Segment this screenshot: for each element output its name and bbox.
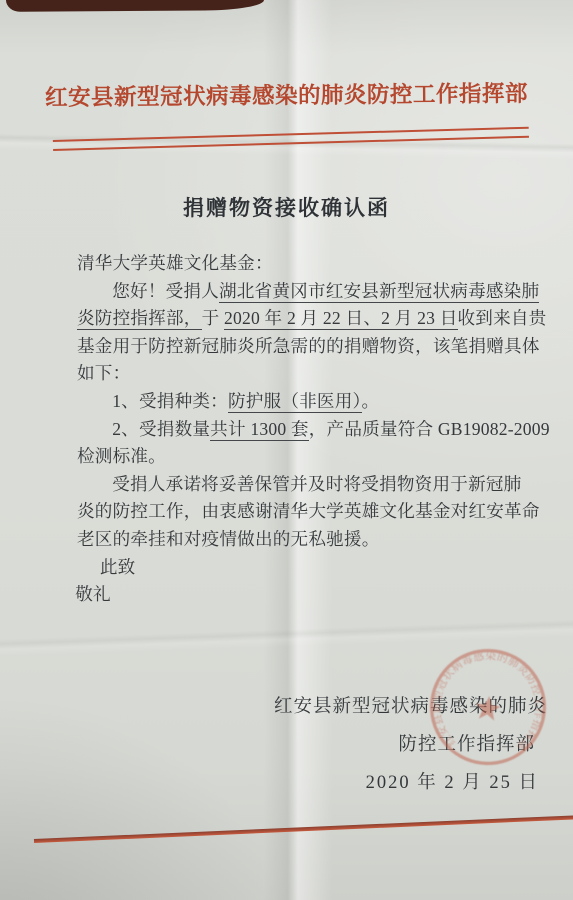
body-text: ，产品质量符合 GB19082-2009 <box>309 419 550 439</box>
document-photo: 红安县新型冠状病毒感染的肺炎防控工作指挥部 捐赠物资接收确认函 清华大学英雄文化… <box>0 0 573 900</box>
body-line: 检测标准。 <box>77 443 529 471</box>
footer-rule <box>34 815 573 843</box>
body-line: 此致 <box>100 554 529 582</box>
body-text: 检测标准。 <box>77 446 166 466</box>
letter-body-lines: 您好！受捐人湖北省黄冈市红安县新型冠状病毒感染肺炎防控指挥部，于 2020 年 … <box>77 278 529 609</box>
body-text: 您好！受捐人 <box>112 281 219 301</box>
seal-star <box>474 694 502 721</box>
page-title: 捐赠物资接收确认函 <box>0 192 573 222</box>
letterhead-org-title: 红安县新型冠状病毒感染的肺炎防控工作指挥部 <box>0 76 573 113</box>
body-text: 于 <box>202 308 224 328</box>
body-text: 。 <box>362 391 380 411</box>
body-text: 收到来自贵 <box>458 308 547 328</box>
body-text: 基金用于防控新冠肺炎所急需的的捐赠物资，该笔捐赠具体 <box>77 336 540 356</box>
letterhead-rule <box>53 127 529 151</box>
body-text: 2、受捐数量 <box>112 419 210 439</box>
body-line: 2、受捐数量共计 1300 套，产品质量符合 GB19082-2009 <box>112 416 529 444</box>
body-line: 您好！受捐人湖北省黄冈市红安县新型冠状病毒感染肺 <box>112 278 529 306</box>
body-text: 敬礼 <box>75 584 111 604</box>
underlined-text: 湖北省黄冈市红安县新型冠状病毒感染肺 <box>219 281 539 303</box>
body-text: 1、受捐种类： <box>112 391 228 411</box>
body-line: 如下： <box>77 360 529 388</box>
body-line: 炎的防控工作，由衷感谢清华大学英雄文化基金对红安革命 <box>77 498 529 526</box>
body-line: 炎防控指挥部，于 2020 年 2 月 22 日、2 月 23 日收到来自贵 <box>77 305 529 333</box>
underlined-text: 炎防控指挥部， <box>77 308 202 330</box>
photo-background-edge <box>6 0 264 12</box>
underlined-text: 共计 1300 套 <box>210 419 309 441</box>
body-line: 敬礼 <box>75 581 529 609</box>
body-line: 老区的牵挂和对疫情做出的无私驰援。 <box>77 526 529 554</box>
body-text: 炎的防控工作，由衷感谢清华大学英雄文化基金对红安革命 <box>77 501 540 521</box>
body-text: 如下： <box>77 363 130 383</box>
official-seal: 红安县新型冠状病毒感染的肺炎防控工作指挥部 <box>418 637 558 777</box>
body-line: 1、受捐种类：防护服（非医用）。 <box>112 388 529 416</box>
body-text: 此致 <box>100 557 136 577</box>
salutation: 清华大学英雄文化基金： <box>77 250 529 278</box>
underlined-text: 防护服（非医用） <box>228 391 362 413</box>
body-line: 受捐人承诺将妥善保管并及时将受捐物资用于新冠肺 <box>112 471 529 499</box>
body-text: 老区的牵挂和对疫情做出的无私驰援。 <box>77 529 380 549</box>
letter-body: 清华大学英雄文化基金： 您好！受捐人湖北省黄冈市红安县新型冠状病毒感染肺炎防控指… <box>77 250 529 609</box>
underlined-text: 2020 年 2 月 22 日、2 月 23 日 <box>224 308 458 330</box>
body-line: 基金用于防控新冠肺炎所急需的的捐赠物资，该笔捐赠具体 <box>77 333 529 361</box>
body-text: 受捐人承诺将妥善保管并及时将受捐物资用于新冠肺 <box>112 474 521 494</box>
